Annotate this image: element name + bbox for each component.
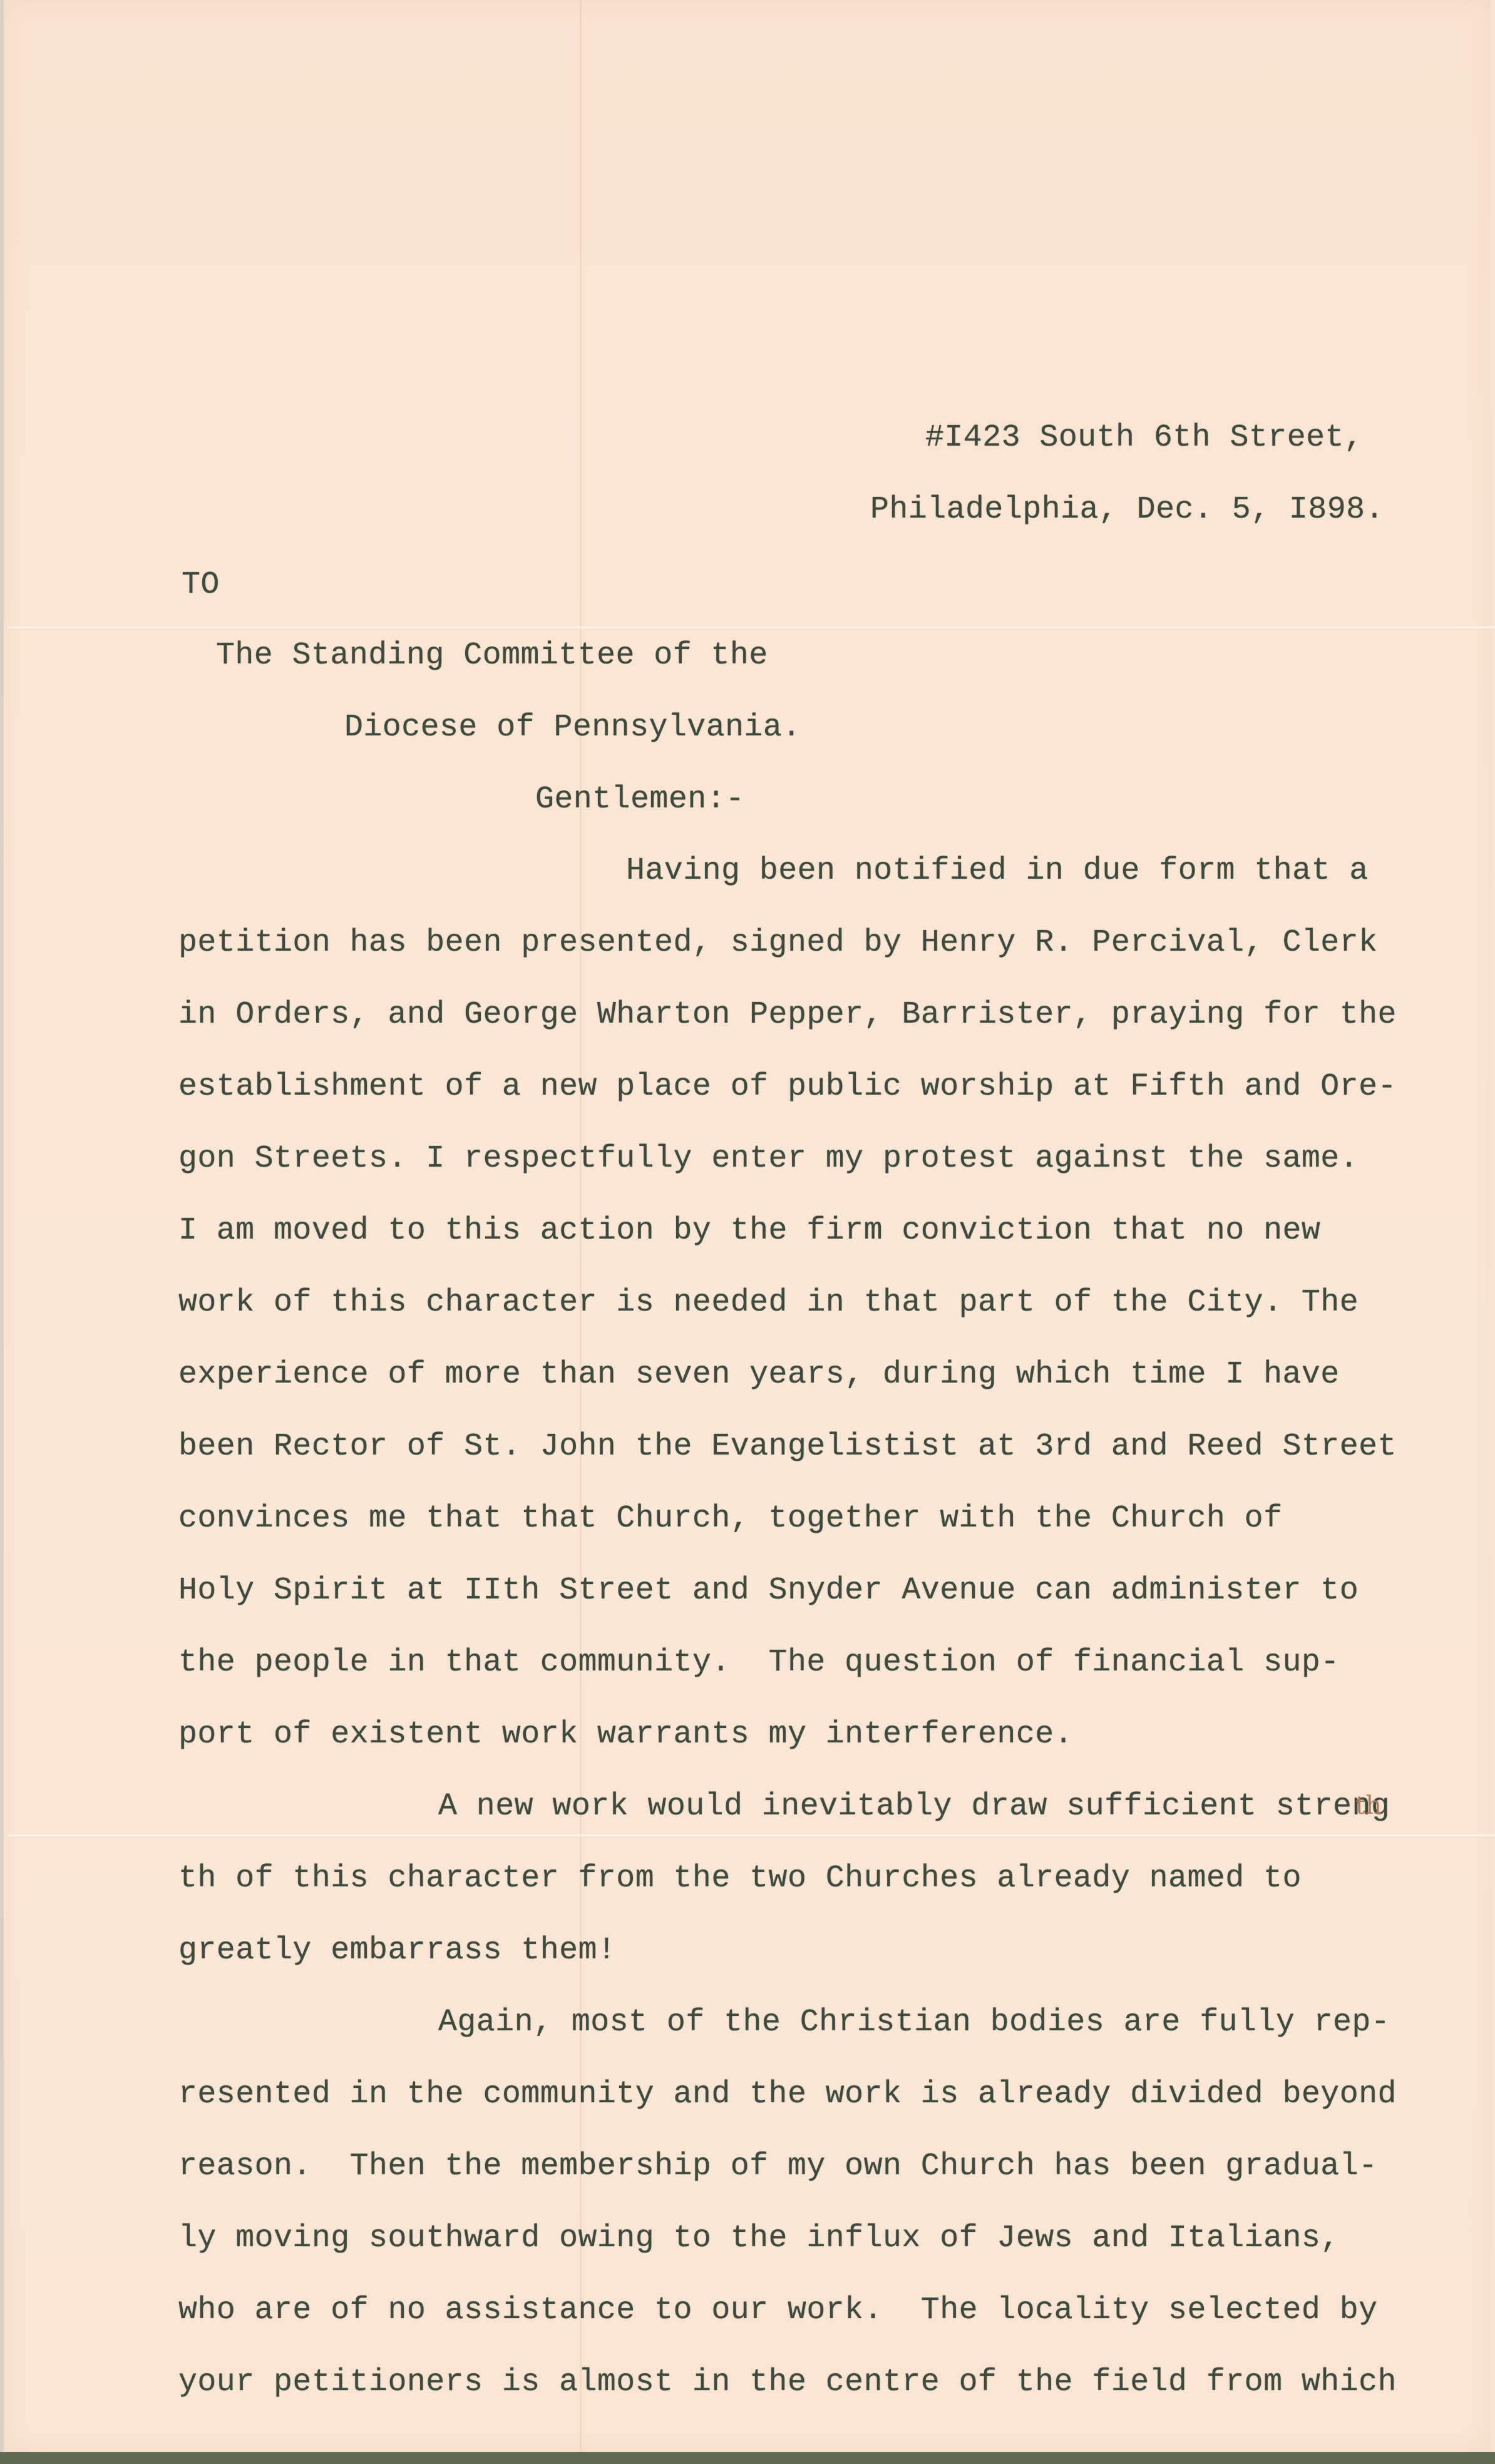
body-line: your petitioners is almost in the centre… — [178, 2364, 1397, 2401]
scan-bottom-edge — [0, 2452, 1495, 2464]
to-label: TO — [182, 566, 220, 604]
body-line: the people in that community. The questi… — [178, 1644, 1340, 1682]
greeting: Gentlemen:- — [535, 781, 744, 819]
fold-crease-upper — [8, 626, 1495, 630]
body-line: ly moving southward owing to the influx … — [178, 2220, 1340, 2257]
body-line: A new work would inevitably draw suffici… — [438, 1788, 1390, 1826]
body-line: Having been notified in due form that a — [626, 852, 1369, 890]
body-line: reason. Then the membership of my own Ch… — [178, 2148, 1378, 2185]
body-line: Holy Spirit at IIth Street and Snyder Av… — [178, 1572, 1359, 1610]
body-line: been Rector of St. John the Evangelistis… — [178, 1428, 1397, 1466]
sender-address: #I423 South 6th Street, — [925, 419, 1363, 457]
body-line: convinces me that that Church, together … — [178, 1500, 1282, 1538]
body-line: gon Streets. I respectfully enter my pro… — [178, 1140, 1359, 1178]
body-line: experience of more than seven years, dur… — [178, 1356, 1340, 1394]
body-line: resented in the community and the work i… — [178, 2076, 1397, 2114]
body-line: establishment of a new place of public w… — [178, 1068, 1397, 1106]
body-line: port of existent work warrants my interf… — [178, 1716, 1073, 1754]
body-line: work of this character is needed in that… — [178, 1284, 1359, 1322]
body-line: Again, most of the Christian bodies are … — [438, 2004, 1390, 2042]
body-line: who are of no assistance to our work. Th… — [178, 2292, 1378, 2329]
body-line: I am moved to this action by the firm co… — [178, 1212, 1320, 1250]
pencil-correction: th — [1355, 1791, 1382, 1820]
body-line: th of this character from the two Church… — [178, 1860, 1302, 1898]
recipient-line-2: Diocese of Pennsylvania. — [344, 709, 801, 747]
body-line: greatly embarrass them! — [178, 1932, 616, 1970]
body-line: petition has been presented, signed by H… — [178, 924, 1378, 962]
body-line: in Orders, and George Wharton Pepper, Ba… — [178, 996, 1397, 1034]
letter-date: Philadelphia, Dec. 5, I898. — [870, 491, 1384, 529]
fold-crease-lower — [8, 1834, 1495, 1838]
recipient-line-1: The Standing Committee of the — [216, 637, 768, 675]
